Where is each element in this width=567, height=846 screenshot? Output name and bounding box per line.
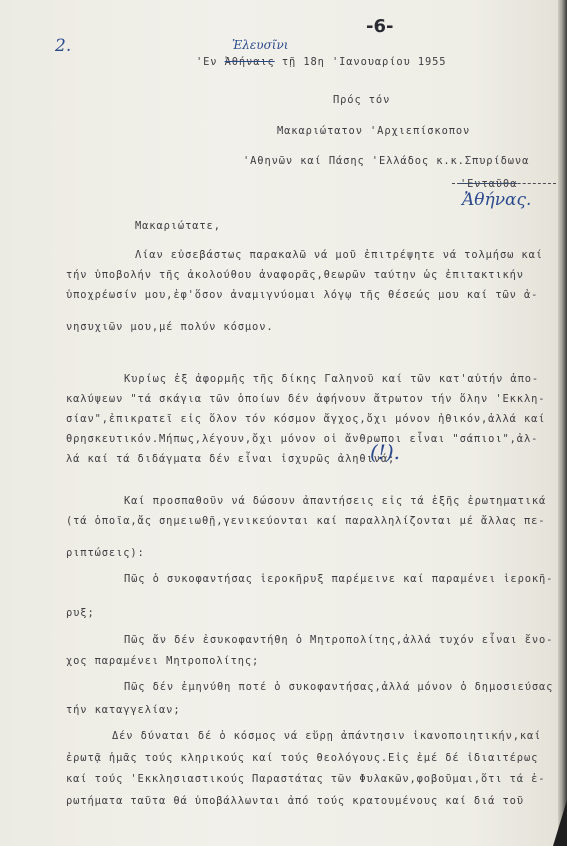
paper-edge-shadow <box>558 0 567 846</box>
addressee-line-3: 'Αθηνῶν καί Πάσης 'Ελλάδος κ.κ.Σπυρίδωνα <box>243 155 529 167</box>
body-line: Πῶς ὁ συκοφαντήσας ἱεροκῆρυξ παρέμεινε κ… <box>124 573 553 585</box>
city-handwritten: Ἀθήνας. <box>462 190 531 210</box>
body-line: καί τούς 'Εκκλησιαστικούς Παραστάτας τῶν… <box>66 773 545 785</box>
folio-number: 2. <box>55 36 71 56</box>
body-line: Καί προσπαθοῦν νά δώσουν ἀπαντήσεις εἰς … <box>124 495 546 507</box>
salutation: Μακαριώτατε, <box>135 220 221 232</box>
dashed-rule <box>452 183 556 184</box>
body-line: σίαν",ἐπικρατεῖ εἰς ὅλον τόν κόσμον ἄγχο… <box>66 413 545 425</box>
letter-page: 2. -6- Ἐλευσῖνι 'Εν Ἀθήναις τῇ 18η 'Ιανο… <box>0 0 558 846</box>
body-line: καλύψεων "τά σκάγια τῶν ὁποίων δέν ἀφήνο… <box>66 393 545 405</box>
body-line: λά καί τά διδάγματα δέν εἶναι ἰσχυρῶς ἀλ… <box>66 453 395 465</box>
city-typed-struck: 'Ενταῦθα <box>460 178 517 190</box>
page-marker: -6- <box>366 16 393 37</box>
date-prefix: 'Εν <box>196 56 217 68</box>
body-line: ρωτήματα ταῦτα θά ὑποβάλλωνται ἀπό τούς … <box>66 795 524 807</box>
body-line: Δέν δύναται δέ ὁ κόσμος νά εὕρῃ ἀπάντησι… <box>112 730 541 742</box>
body-line: Λίαν εὐσεβάστως παρακαλῶ νά μοῦ ἐπιτρέψη… <box>135 249 543 261</box>
body-line: ἐρωτᾷ ἡμᾶς τούς κληρικούς καί τούς θεολό… <box>66 752 538 764</box>
addressee-line-2: Μακαριώτατον 'Αρχιεπίσκοπον <box>277 125 470 137</box>
body-line: νησυχιῶν μου,μέ πολύν κόσμον. <box>66 321 274 333</box>
body-line: Πῶς δέν ἐμηνύθη ποτέ ὁ συκοφαντήσας,ἀλλά… <box>124 681 553 693</box>
body-line: Πῶς ἄν δέν ἐσυκοφαντήθη ὁ Μητροπολίτης,ἀ… <box>124 634 553 646</box>
body-line: Κυρίως ἐξ ἀφορμῆς τῆς δίκης Γαληνοῦ καί … <box>124 373 539 385</box>
addressee-line-1: Πρός τόν <box>333 94 390 106</box>
date-line: 'Εν Ἀθήναις τῇ 18η 'Ιανουαρίου 1955 <box>196 56 446 68</box>
place-handwritten: Ἐλευσῖνι <box>232 38 288 52</box>
body-line: τήν ὑποβολήν τῆς ἀκολούθου ἀναφορᾶς,θεωρ… <box>66 269 524 281</box>
body-line: ριπτώσεις): <box>66 547 145 559</box>
body-line: (τά ὁποῖα,ἄς σημειωθῇ,γενικεύονται καί π… <box>66 515 545 527</box>
place-typed-struck: Ἀθήναις <box>225 56 275 68</box>
exclamation-annotation: (!). <box>370 440 400 464</box>
body-line: τήν καταγγελίαν; <box>66 704 181 716</box>
date-rest: τῇ 18η 'Ιανουαρίου 1955 <box>282 56 447 68</box>
body-line: ρυξ; <box>66 607 95 619</box>
body-line: θρησκευτικόν.Μήπως,λέγουν,ὄχι μόνον οἱ ἄ… <box>66 433 538 445</box>
torn-corner <box>553 800 567 846</box>
body-line: ὑποχρέωσίν μου,ἐφ'ὅσον ἀναμιγνύομαι λόγῳ… <box>66 289 538 301</box>
body-line: χος παραμένει Μητροπολίτης; <box>66 655 259 667</box>
